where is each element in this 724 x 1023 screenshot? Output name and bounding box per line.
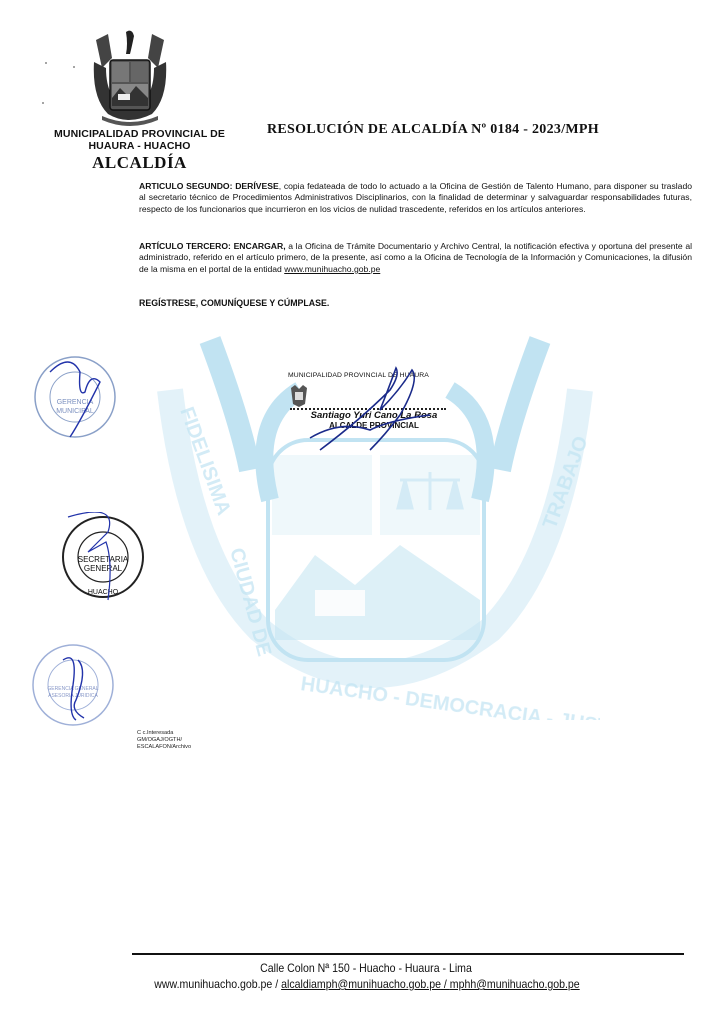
footer-email-mphh[interactable]: mphh@munihuacho.gob.pe — [450, 977, 580, 991]
separator: / — [441, 977, 450, 991]
articulo-segundo: ARTICULO SEGUNDO: DERÍVESE, copia fedate… — [139, 181, 692, 215]
copy-line: GM/OGAJ/OGTH/ — [137, 737, 191, 744]
organization-line-1: MUNICIPALIDAD PROVINCIAL DE — [52, 128, 227, 140]
svg-text:GENERAL: GENERAL — [84, 564, 123, 573]
article-action: ENCARGAR, — [234, 241, 286, 251]
footer-divider — [132, 953, 684, 955]
seal-gerencia-municipal: GERENCIA MUNICIPAL — [30, 352, 120, 442]
office-name: ALCALDÍA — [52, 153, 227, 173]
scan-specks — [40, 55, 80, 115]
articulo-tercero: ARTÍCULO TERCERO: ENCARGAR, a la Oficina… — [139, 241, 692, 275]
svg-text:HUACHO: HUACHO — [88, 589, 119, 596]
portal-link[interactable]: www.munihuacho.gob.pe — [284, 264, 380, 274]
article-action: DERÍVESE — [235, 181, 278, 191]
copy-line: C c.Interesada — [137, 730, 191, 737]
footer-contact: www.munihuacho.gob.pe / alcaldiamph@muni… — [141, 977, 593, 991]
organization-name: MUNICIPALIDAD PROVINCIAL DE HUAURA - HUA… — [52, 128, 227, 152]
municipal-crest-icon — [88, 28, 172, 128]
footer-website-link[interactable]: www.munihuacho.gob.pe — [154, 977, 272, 991]
copy-distribution: C c.Interesada GM/OGAJ/OGTH/ ESCALAFON/A… — [137, 730, 191, 751]
footer-email-alcaldia[interactable]: alcaldiamph@munihuacho.gob.pe — [281, 977, 441, 991]
resolution-title: RESOLUCIÓN DE ALCALDÍA Nº 0184 - 2023/MP… — [267, 122, 599, 138]
svg-text:ASESORIA JURIDICA: ASESORIA JURIDICA — [48, 693, 98, 699]
svg-text:HUACHO - DEMOCRACIA - JUSTICIA: HUACHO - DEMOCRACIA - JUSTICIA — [299, 673, 600, 720]
closing-formula: REGÍSTRESE, COMUNÍQUESE Y CÚMPLASE. — [139, 298, 692, 309]
organization-line-2: HUAURA - HUACHO — [52, 140, 227, 152]
footer-address: Calle Colon Nª 150 - Huacho - Huaura - L… — [158, 961, 573, 975]
article-label: ARTICULO SEGUNDO: — [139, 181, 232, 191]
article-label: ARTÍCULO TERCERO: — [139, 241, 231, 251]
copy-line: ESCALAFON/Archivo — [137, 744, 191, 751]
seal-asesoria-juridica: GERENCIA GENERAL ASESORIA JURIDICA — [28, 640, 118, 730]
handwritten-signature-icon — [300, 360, 460, 470]
svg-text:SECRETARIA: SECRETARIA — [78, 555, 129, 564]
svg-text:MUNICIPAL: MUNICIPAL — [56, 408, 94, 415]
seal-secretaria-general: SECRETARIA GENERAL HUACHO — [58, 512, 148, 602]
